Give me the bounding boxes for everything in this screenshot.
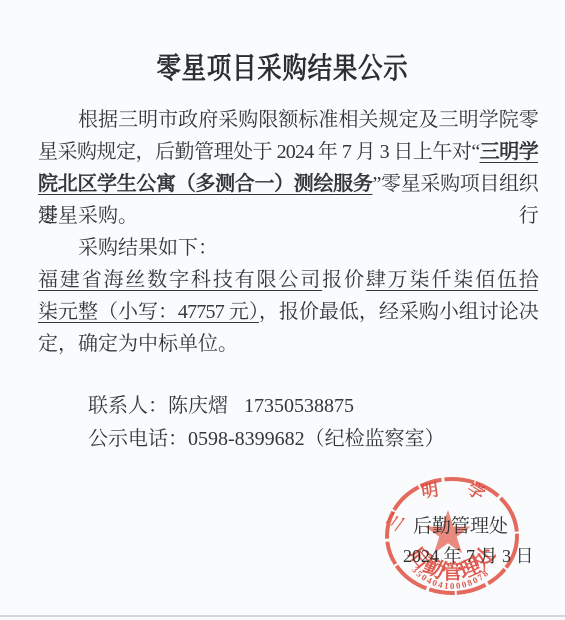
- contact-hotline-line: 公示电话：0598-8399682（纪检监察室）: [88, 423, 445, 456]
- contact-block: 联系人：陈庆熠17350538875 公示电话：0598-8399682（纪检监…: [88, 390, 445, 456]
- contact-person: 联系人：陈庆熠: [88, 395, 228, 417]
- body-line: 星采购规定，后勤管理处于 2024 年 7 月 3 日上午对“三明学: [38, 136, 538, 168]
- document-body: 根据三明市政府采购限额标准相关规定及三明学院零星采购规定，后勤管理处于 2024…: [38, 104, 538, 360]
- underlined-text: 肆万柒仟柒佰伍拾: [366, 269, 538, 291]
- document-title: 零星项目采购结果公示: [45, 46, 520, 87]
- body-line: 定，确定为中标单位。: [38, 328, 538, 360]
- body-text: 采购结果如下：: [78, 237, 218, 259]
- signature-date: 2024 年 7 月 3 日: [403, 542, 534, 568]
- body-line: 柒元整（小写：47757 元），报价最低，经采购小组讨论决: [38, 296, 538, 328]
- contact-phone: 17350538875: [244, 395, 354, 417]
- underlined-text: 三明学: [479, 141, 538, 163]
- body-line: 福建省海丝数字科技有限公司报价肆万柒仟柒佰伍拾: [38, 264, 538, 296]
- contact-hotline: 公示电话：0598-8399682（纪检监察室）: [88, 428, 445, 450]
- body-text: 星采购规定，后勤管理处于 2024 年 7 月 3 日上午对“: [38, 141, 479, 163]
- body-line: 采购结果如下：: [38, 232, 538, 264]
- body-line: 根据三明市政府采购限额标准相关规定及三明学院零: [38, 104, 538, 136]
- page-edge-line: [0, 615, 565, 617]
- body-text: 报价: [322, 269, 366, 291]
- contact-person-line: 联系人：陈庆熠17350538875: [88, 390, 445, 423]
- body-line: 院北区学生公寓（多测合一）测绘服务”零星采购项目组织进行: [38, 168, 538, 200]
- body-text: ，报价最低，经采购小组讨论决: [259, 301, 538, 323]
- document-page: 零星项目采购结果公示 根据三明市政府采购限额标准相关规定及三明学院零星采购规定，…: [0, 0, 565, 620]
- body-text: 根据三明市政府采购限额标准相关规定及三明学院零: [78, 109, 538, 131]
- signature-department: 后勤管理处: [413, 511, 508, 538]
- underlined-text: 院北区学生公寓（多测合一）测绘服务: [38, 173, 373, 195]
- body-text: 零星采购。: [38, 205, 138, 227]
- underlined-text: 福建省海丝数字科技有限公司: [38, 269, 322, 291]
- underlined-text: 柒元整（小写：47757 元）: [38, 301, 259, 323]
- body-text: 定，确定为中标单位。: [38, 333, 238, 355]
